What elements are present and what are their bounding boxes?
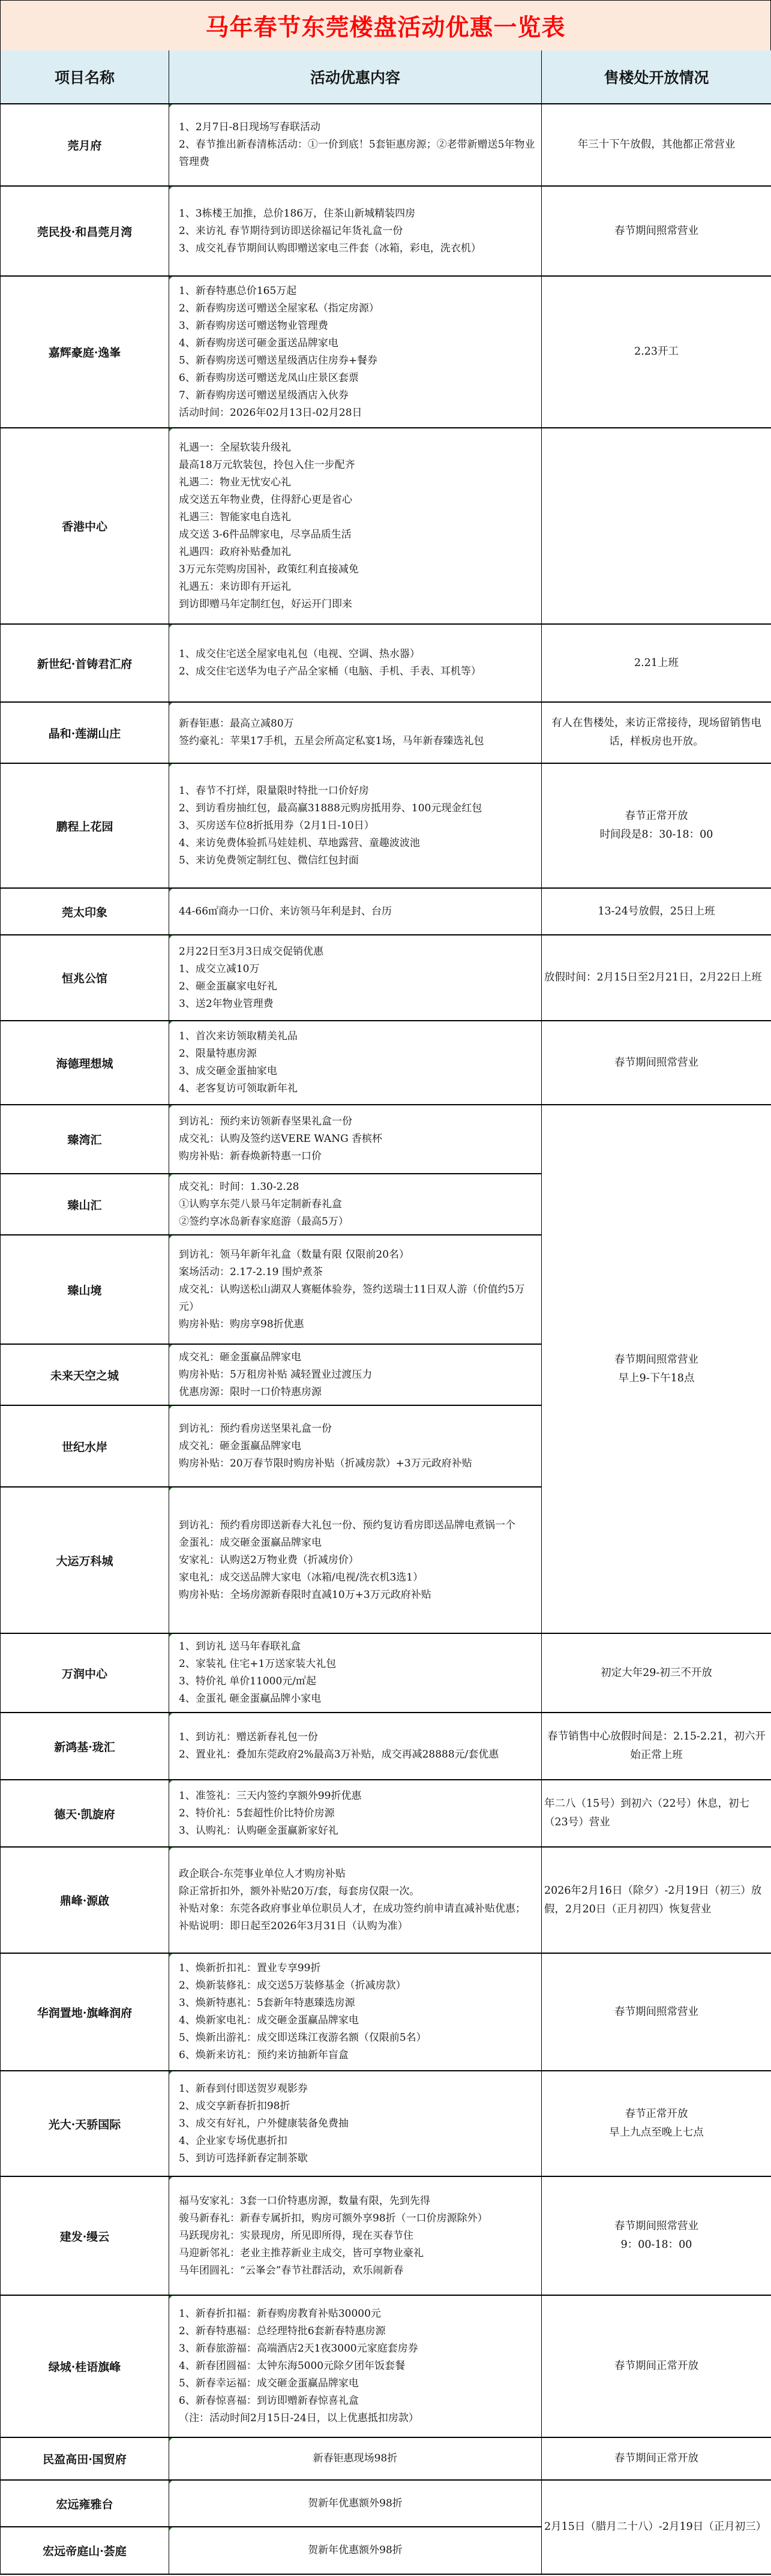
project-name: 宏远帝庭山·荟庭 (43, 2542, 127, 2559)
project-name: 绿城·桂语旗峰 (49, 2358, 121, 2374)
promo-line: 活动时间：2026年02月13日-02月28日 (179, 404, 362, 422)
promo-line: 3、买房送车位8折抵用券（2月1日-10日） (179, 817, 374, 835)
sales-office-status-cell: 年二八（15号）到初六（22号）休息，初七（23号）营业 (542, 1780, 771, 1848)
promo-line: 7、新春购房送可赠送星级酒店入伙券 (179, 387, 349, 404)
project-name-cell: 未来天空之城 (1, 1345, 169, 1406)
project-name: 新世纪·首铸君汇府 (37, 655, 133, 671)
comment-marker-icon (169, 1780, 172, 1783)
comment-marker-icon (169, 277, 172, 280)
promo-line: 5、新春购房送可赠送星级酒店住房券+餐券 (179, 352, 377, 370)
comment-marker-icon (169, 1713, 172, 1716)
promo-line: 1、到访礼 送马年春联礼盒 (179, 1638, 301, 1656)
header-project-name: 项目名称 (1, 50, 169, 104)
promo-line: ①认购享东莞八景马年定制新春礼盒 (179, 1196, 342, 1213)
promo-line: 金蛋礼：成交砸金蛋赢品牌家电 (179, 1534, 322, 1552)
project-name: 宏远雍雅台 (56, 2496, 113, 2512)
promo-line: 4、老客复访可领取新年礼 (179, 1080, 298, 1097)
promo-line: 贺新年优惠额外98折 (308, 2542, 403, 2559)
status-line: 初定大年29-初三不开放 (601, 1664, 712, 1683)
promo-line: 2、新春购房送可赠送全屋家私（指定房源） (179, 300, 379, 317)
sales-office-status-cell: 2026年2月16日（除夕）-2月19日（初三）放假，2月20日（正月初四）恢复… (542, 1848, 771, 1954)
comment-marker-icon (169, 2527, 172, 2530)
promo-line: 购房补贴：全场房源新春限时直减10万+3万元政府补贴 (179, 1587, 431, 1604)
promo-content-cell: 1、首次来访领取精美礼品2、限量特惠房源3、成交砸金蛋抽家电4、老客复访可领取新… (169, 1021, 542, 1105)
promo-content-cell: 新春钜惠现场98折 (169, 2438, 542, 2481)
project-name: 臻山汇 (67, 1196, 101, 1213)
sales-office-status-cell: 放假时间：2月15日至2月21日，2月22日上班 (542, 935, 771, 1021)
sales-office-status-cell: 2.23开工 (542, 277, 771, 428)
promo-line: 1、春节不打烊，限量限时特批一口价好房 (179, 782, 369, 800)
promo-line: 成交礼：时间：1.30-2.28 (179, 1178, 299, 1196)
promo-line: 3万元东莞购房国补，政策红利直接减免 (179, 561, 359, 578)
comment-marker-icon (169, 1174, 172, 1177)
project-name: 大运万科城 (56, 1552, 113, 1569)
project-name-cell: 莞月府 (1, 104, 169, 187)
comment-marker-icon (169, 935, 172, 938)
sales-office-status-cell: 春节期间照常营业 (542, 187, 771, 277)
promo-line: 3、认购礼：认购砸金蛋赢新家好礼 (179, 1822, 338, 1840)
promo-content-cell: 44-66㎡商办一口价、来访领马年利是封、台历 (169, 889, 542, 935)
project-name-cell: 鹏程上花园 (1, 764, 169, 889)
promo-content-cell: 贺新年优惠额外98折 (169, 2481, 542, 2527)
promo-line: 2、成交住宅送华为电子产品全家桶（电脑、手机、手表、耳机等） (179, 663, 481, 680)
project-name: 民盈高田·国贸府 (43, 2451, 127, 2467)
promo-line: 4、金蛋礼 砸金蛋赢品牌小家电 (179, 1690, 321, 1708)
status-line: 早上九点至晚上七点 (609, 2124, 704, 2142)
page-title: 马年春节东莞楼盘活动优惠一览表 (205, 9, 565, 43)
promo-line: 6、焕新来访礼：预约来访抽新年盲盒 (179, 2047, 349, 2064)
status-line: 春节销售中心放假时间是：2.15-2.21，初六开始正常上班 (545, 1728, 767, 1765)
promo-content-cell: 1、到访礼：赠送新春礼包一份2、置业礼：叠加东莞政府2%最高3万补贴，成交再减2… (169, 1713, 542, 1780)
promo-line: 1、2月7日-8日现场写春联活动 (179, 119, 320, 136)
comment-marker-icon (169, 104, 172, 107)
promo-line: 到访礼：预约来访领新春坚果礼盒一份 (179, 1113, 352, 1130)
project-name-cell: 建发·缦云 (1, 2177, 169, 2296)
promo-line: 4、新春团圆福：太钟东海5000元除夕团年饭套餐 (179, 2358, 405, 2375)
project-name: 莞太印象 (62, 904, 107, 920)
promo-line: 礼遇三：智能家电自选礼 (179, 509, 291, 526)
sales-office-status-cell: 春节正常开放早上九点至晚上七点 (542, 2071, 771, 2177)
promo-line: 骏马新春礼：新春专属折扣，购房可额外享98折（一口价房源除外） (179, 2210, 488, 2227)
sales-office-status-cell: 2月15日（腊月二十八）-2月19日（正月初三） (542, 2481, 771, 2575)
promo-line: 4、来访免费体验抓马娃娃机、草地露营、童趣波波池 (179, 835, 420, 852)
comment-marker-icon (169, 428, 172, 431)
status-line: 2.21上班 (634, 654, 679, 673)
promo-line: 3、成交礼春节期间认购即赠送家电三件套（冰箱，彩电，洗衣机） (179, 240, 481, 257)
promo-line: 礼遇一：全屋软装升级礼 (179, 439, 291, 457)
promo-line: 购房补贴：20万春节限时购房补贴（折减房款）+3万元政府补贴 (179, 1455, 472, 1473)
status-line: 年三十下午放假，其他都正常营业 (578, 136, 736, 154)
status-line: 春节期间照常营业 (614, 2003, 698, 2022)
promo-content-cell: 到访礼：预约看房即送新春大礼包一份、预约复访看房即送品牌电煮锅一个金蛋礼：成交砸… (169, 1488, 542, 1634)
comment-marker-icon (169, 764, 172, 767)
project-name: 恒兆公馆 (62, 970, 107, 986)
promo-line: 优惠房源：限时一口价特惠房源 (179, 1384, 322, 1401)
project-name-cell: 新世纪·首铸君汇府 (1, 625, 169, 703)
status-line: 春节期间照常营业 (614, 1054, 698, 1072)
project-name-cell: 莞民投·和昌莞月湾 (1, 187, 169, 277)
project-name-cell: 民盈高田·国贸府 (1, 2438, 169, 2481)
promo-line: 礼遇五：来访即有开运礼 (179, 578, 291, 596)
promo-line: 1、焕新折扣礼：置业专享99折 (179, 1960, 320, 1977)
promo-line: 成交送 3-6件品牌家电，尽享品质生活 (179, 526, 352, 544)
promo-line: 44-66㎡商办一口价、来访领马年利是封、台历 (179, 903, 392, 920)
promo-line: 购房补贴：新春焕新特惠一口价 (179, 1148, 322, 1165)
promo-line: 2月22日至3月3日成交促销优惠 (179, 943, 323, 961)
title-bar: 马年春节东莞楼盘活动优惠一览表 (0, 0, 771, 51)
promo-line: 2、成交享新春折扣98折 (179, 2098, 290, 2115)
project-name-cell: 宏远雍雅台 (1, 2481, 169, 2527)
project-name-cell: 新鸿基·珑汇 (1, 1713, 169, 1780)
comment-marker-icon (169, 2481, 172, 2484)
promo-line: 成交送五年物业费，住得舒心更是省心 (179, 491, 352, 509)
status-line: 2.23开工 (634, 343, 679, 361)
comment-marker-icon (169, 889, 172, 892)
promo-line: 成交礼：认购送松山湖双人赛艇体验券，签约送瑞士11日双人游（价值约5万元） (179, 1281, 538, 1316)
sales-office-status-cell: 春节正常开放时间段是8：30-18：00 (542, 764, 771, 889)
project-name-cell: 臻山汇 (1, 1174, 169, 1235)
sales-office-status-cell: 春节销售中心放假时间是：2.15-2.21，初六开始正常上班 (542, 1713, 771, 1780)
promo-line: 1、到访礼：赠送新春礼包一份 (179, 1729, 318, 1746)
comment-marker-icon (169, 2296, 172, 2299)
promo-line: 3、特价礼 单价11000元/㎡起 (179, 1673, 316, 1690)
project-name: 嘉辉豪庭·逸峯 (49, 344, 121, 360)
promo-line: 2、春节推出新春清栋活动：①一价到底！5套钜惠房源；②老带新赠送5年物业管理费 (179, 136, 538, 171)
comment-marker-icon (169, 1488, 172, 1491)
promo-line: 4、新春购房送可砸金蛋送品牌家电 (179, 335, 338, 352)
promo-line: 3、成交有好礼，户外健康装备免费抽 (179, 2115, 349, 2133)
project-name: 晶和·莲湖山庄 (49, 725, 121, 741)
sales-office-status-cell: 春节期间照常营业早上9-下午18点 (542, 1105, 771, 1634)
promo-line: 2、新春特惠福：总经理特批6套新春特惠房源 (179, 2323, 386, 2340)
promo-line: 1、成交住宅送全屋家电礼包（电视、空调、热水器） (179, 646, 420, 663)
status-line: 春节期间正常开放 (614, 2449, 698, 2468)
comment-marker-icon (169, 2438, 172, 2441)
project-name: 鹏程上花园 (56, 818, 113, 834)
promo-line: 到访礼：领马年新年礼盒（数量有限 仅限前20名） (179, 1246, 409, 1264)
sales-office-status-cell: 2.21上班 (542, 625, 771, 703)
status-line: 春节正常开放 (625, 807, 688, 826)
promo-line: 福马安家礼：3套一口价特惠房源，数量有限，先到先得 (179, 2193, 430, 2210)
project-name-cell: 香港中心 (1, 428, 169, 625)
promo-line: 1、准签礼：三天内签约享额外99折优惠 (179, 1788, 361, 1805)
project-name-cell: 光大·天骄国际 (1, 2071, 169, 2177)
sales-office-status-cell: 有人在售楼处，来访正常接待，现场留销售电话，样板房也开放。 (542, 703, 771, 764)
promo-content-cell: 1、春节不打烊，限量限时特批一口价好房2、到访看房抽红包，最高赢31888元购房… (169, 764, 542, 889)
project-name-cell: 臻山境 (1, 1235, 169, 1345)
promo-line: 3、新春购房送可赠送物业管理费 (179, 317, 328, 335)
project-name: 德天·凯旋府 (54, 1806, 115, 1822)
promo-content-cell: 1、成交住宅送全屋家电礼包（电视、空调、热水器）2、成交住宅送华为电子产品全家桶… (169, 625, 542, 703)
promo-content-cell: 1、到访礼 送马年春联礼盒2、家装礼 住宅+1万送家装大礼包3、特价礼 单价11… (169, 1634, 542, 1713)
status-line: 春节期间正常开放 (614, 2357, 698, 2376)
status-line: 2026年2月16日（除夕）-2月19日（初三）放假，2月20日（正月初四）恢复… (544, 1882, 769, 1919)
promo-content-cell: 到访礼：预约来访领新春坚果礼盒一份成交礼：认购及签约送VERE WANG 香槟杯… (169, 1105, 542, 1174)
project-name-cell: 大运万科城 (1, 1488, 169, 1634)
promo-line: 到访礼：预约看房即送新春大礼包一份、预约复访看房即送品牌电煮锅一个 (179, 1517, 515, 1534)
promo-content-cell: 1、准签礼：三天内签约享额外99折优惠2、特价礼：5套超性价比特价房源3、认购礼… (169, 1780, 542, 1848)
status-line: 春节期间照常营业 (614, 222, 698, 241)
promo-line: 到访即赠马年定制红包，好运开门即来 (179, 596, 352, 613)
promo-content-cell: 1、2月7日-8日现场写春联活动2、春节推出新春清栋活动：①一价到底！5套钜惠房… (169, 104, 542, 187)
promo-line: 2、砸金蛋赢家电好礼 (179, 978, 277, 995)
sales-office-status-cell: 初定大年29-初三不开放 (542, 1634, 771, 1713)
promo-line: 2、特价礼：5套超性价比特价房源 (179, 1805, 335, 1822)
promo-line: 安家礼：认购送2万物业费（折减房价） (179, 1552, 359, 1569)
promo-line: 贺新年优惠额外98折 (308, 2495, 403, 2512)
promo-content-cell: 贺新年优惠额外98折 (169, 2527, 542, 2575)
project-name-cell: 莞太印象 (1, 889, 169, 935)
project-name: 华润置地·旗峰润府 (37, 2004, 133, 2020)
header-promo-content: 活动优惠内容 (169, 50, 542, 104)
project-name-cell: 万润中心 (1, 1634, 169, 1713)
status-line: 时间段是8：30-18：00 (600, 826, 713, 844)
promo-line: 2、置业礼：叠加东莞政府2%最高3万补贴，成交再减28888元/套优惠 (179, 1746, 499, 1764)
status-line: 年二八（15号）到初六（22号）休息，初七（23号）营业 (544, 1795, 769, 1832)
promo-content-cell: 福马安家礼：3套一口价特惠房源，数量有限，先到先得骏马新春礼：新春专属折扣，购房… (169, 2177, 542, 2296)
sales-office-status-cell: 13-24号放假，25日上班 (542, 889, 771, 935)
promo-content-cell: 政企联合-东莞事业单位人才购房补贴除正常折扣外，额外补贴20万/套，每套房仅限一… (169, 1848, 542, 1954)
promo-content-cell: 到访礼：领马年新年礼盒（数量有限 仅限前20名）案场活动：2.17-2.19 围… (169, 1235, 542, 1345)
promo-line: 马年团圆礼：“云峯会”春节社群活动，欢乐闹新春 (179, 2262, 403, 2280)
promo-line: 最高18万元软装包，拎包入住一步配齐 (179, 457, 355, 474)
promo-content-cell: 到访礼：预约看房送坚果礼盒一份成交礼：砸金蛋赢品牌家电购房补贴：20万春节限时购… (169, 1406, 542, 1488)
comment-marker-icon (169, 1848, 172, 1851)
promo-line: 家电礼：成交送品牌大家电（冰箱/电视/洗衣机3选1） (179, 1569, 423, 1587)
promo-line: 4、焕新家电礼：成交砸金蛋赢品牌家电 (179, 2012, 359, 2029)
promo-line: 补贴对象：东莞各政府事业单位职员人才，在成功签约前申请直减补贴优惠； (179, 1900, 526, 1918)
sales-office-status-cell (542, 428, 771, 625)
promo-content-cell: 成交礼：砸金蛋赢品牌家电购房补贴：5万租房补贴 减轻置业过渡压力优惠房源：限时一… (169, 1345, 542, 1406)
status-line: 放假时间：2月15日至2月21日，2月22日上班 (544, 968, 762, 987)
promo-line: 礼遇四：政府补贴叠加礼 (179, 544, 291, 561)
promo-line: 成交礼：砸金蛋赢品牌家电 (179, 1438, 301, 1455)
header-sales-office-status: 售楼处开放情况 (542, 50, 771, 104)
promo-line: 5、到访可选择新春定制茶歇 (179, 2150, 308, 2167)
promo-line: 2、家装礼 住宅+1万送家装大礼包 (179, 1656, 336, 1673)
promo-line: 政企联合-东莞事业单位人才购房补贴 (179, 1866, 346, 1883)
promo-line: 礼遇二：物业无忧安心礼 (179, 474, 291, 491)
promo-line: 购房补贴：5万租房补贴 减轻置业过渡压力 (179, 1366, 372, 1384)
promo-line: 2、来访礼 春节期待到访即送徐福记年货礼盒一份 (179, 223, 403, 240)
promo-line: 1、新春折扣福：新春购房教育补贴30000元 (179, 2305, 381, 2323)
promo-line: ②签约享冰岛新春家庭游（最高5万） (179, 1213, 349, 1231)
project-name: 臻山境 (67, 1282, 101, 1298)
project-name: 新鸿基·珑汇 (54, 1738, 115, 1755)
project-name: 臻湾汇 (67, 1131, 101, 1147)
promo-line: 3、送2年物业管理费 (179, 995, 274, 1013)
sales-office-status-cell: 春节期间照常营业9：00-18：00 (542, 2177, 771, 2296)
promo-line: 新春钜惠：最高立减80万 (179, 715, 294, 733)
project-name-cell: 晶和·莲湖山庄 (1, 703, 169, 764)
comment-marker-icon (169, 1021, 172, 1024)
status-line: 春节正常开放 (625, 2105, 688, 2124)
status-line: 春节期间照常营业 (614, 2217, 698, 2236)
promo-line: 2、到访看房抽红包，最高赢31888元购房抵用券、100元现金红包 (179, 800, 482, 817)
project-name: 莞民投·和昌莞月湾 (37, 223, 133, 239)
promo-line: 1、3栋楼王加推，总价186万，住茶山新城精装四房 (179, 205, 415, 223)
comment-marker-icon (169, 2071, 172, 2074)
promo-line: 1、新春特惠总价165万起 (179, 283, 296, 300)
promo-line: 成交礼：认购及签约送VERE WANG 香槟杯 (179, 1130, 382, 1148)
project-name: 未来天空之城 (50, 1367, 119, 1383)
promo-content-cell: 1、新春折扣福：新春购房教育补贴30000元2、新春特惠福：总经理特批6套新春特… (169, 2296, 542, 2438)
project-name: 莞月府 (67, 137, 101, 153)
promo-content-cell: 1、新春特惠总价165万起2、新春购房送可赠送全屋家私（指定房源）3、新春购房送… (169, 277, 542, 428)
project-name: 建发·缦云 (60, 2228, 110, 2244)
promo-line: 5、来访免费领定制红包、微信红包封面 (179, 852, 359, 869)
comment-marker-icon (169, 703, 172, 706)
comment-marker-icon (169, 1954, 172, 1957)
project-name-cell: 宏远帝庭山·荟庭 (1, 2527, 169, 2575)
sales-office-status-cell: 春节期间正常开放 (542, 2296, 771, 2438)
promo-content-cell: 成交礼：时间：1.30-2.28①认购享东莞八景马年定制新春礼盒②签约享冰岛新春… (169, 1174, 542, 1235)
promo-line: 案场活动：2.17-2.19 围炉煮茶 (179, 1264, 323, 1281)
project-name-cell: 德天·凯旋府 (1, 1780, 169, 1848)
promo-content-cell: 1、新春到付即送贺岁观影券2、成交享新春折扣98折3、成交有好礼，户外健康装备免… (169, 2071, 542, 2177)
project-name: 海德理想城 (56, 1055, 113, 1071)
comment-marker-icon (169, 187, 172, 190)
promo-line: 马迎新邻礼：老业主推荐新业主成交，皆可享物业豪礼 (179, 2245, 424, 2262)
promo-line: 马跃现房礼：实景现房，所见即所得，现在买春节住 (179, 2227, 413, 2245)
promo-line: 3、成交砸金蛋抽家电 (179, 1063, 277, 1080)
status-line: 2月15日（腊月二十八）-2月19日（正月初三） (544, 2518, 766, 2536)
comment-marker-icon (169, 1406, 172, 1409)
promo-content-cell: 礼遇一：全屋软装升级礼最高18万元软装包，拎包入住一步配齐礼遇二：物业无忧安心礼… (169, 428, 542, 625)
promo-content-cell: 1、3栋楼王加推，总价186万，住茶山新城精装四房2、来访礼 春节期待到访即送徐… (169, 187, 542, 277)
promo-line: 除正常折扣外，额外补贴20万/套，每套房仅限一次。 (179, 1883, 419, 1900)
project-name-cell: 嘉辉豪庭·逸峯 (1, 277, 169, 428)
project-name-cell: 海德理想城 (1, 1021, 169, 1105)
comment-marker-icon (169, 2177, 172, 2180)
project-name-cell: 鼎峰·源啟 (1, 1848, 169, 1954)
project-name-cell: 恒兆公馆 (1, 935, 169, 1021)
status-line: 春节期间照常营业 (614, 1351, 698, 1369)
project-name: 香港中心 (62, 518, 107, 534)
promo-line: 2、焕新装修礼：成交送5万装修基金（折减房款） (179, 1977, 406, 1995)
comment-marker-icon (169, 1235, 172, 1238)
status-line: 有人在售楼处，来访正常接待，现场留销售电话，样板房也开放。 (545, 714, 767, 751)
promo-line: 5、新春幸运福：成交砸金蛋赢品牌家电 (179, 2375, 359, 2392)
project-name-cell: 绿城·桂语旗峰 (1, 2296, 169, 2438)
promo-line: 5、焕新出游礼：成交即送珠江夜游名额（仅限前5名） (179, 2029, 427, 2047)
comment-marker-icon (169, 1105, 172, 1108)
promo-line: 1、成交立减10万 (179, 961, 259, 978)
promo-line: 6、新春购房送可赠送龙凤山庄景区套票 (179, 370, 359, 387)
comment-marker-icon (169, 625, 172, 628)
status-line: 13-24号放假，25日上班 (598, 902, 715, 921)
sales-office-status-cell: 年三十下午放假，其他都正常营业 (542, 104, 771, 187)
promo-content-cell: 2月22日至3月3日成交促销优惠1、成交立减10万2、砸金蛋赢家电好礼3、送2年… (169, 935, 542, 1021)
promo-line: 签约豪礼：苹果17手机，五星会所高定私宴1场，马年新春臻选礼包 (179, 733, 484, 750)
project-name: 世纪水岸 (62, 1438, 107, 1455)
project-name: 鼎峰·源啟 (60, 1892, 110, 1908)
promo-line: 1、新春到付即送贺岁观影券 (179, 2080, 308, 2098)
comment-marker-icon (169, 1634, 172, 1637)
status-line: 9：00-18：00 (621, 2236, 692, 2254)
promo-line: 补贴说明：即日起至2026年3月31日（认购为准） (179, 1918, 408, 1935)
sales-office-status-cell: 春节期间照常营业 (542, 1954, 771, 2071)
project-name: 光大·天骄国际 (49, 2116, 121, 2132)
promo-line: （注：活动时间2月15日-24日，以上优惠抵扣房款） (179, 2410, 419, 2427)
promo-line: 到访礼：预约看房送坚果礼盒一份 (179, 1420, 332, 1438)
promo-line: 3、焕新特惠礼：5套新年特惠臻选房源 (179, 1995, 355, 2012)
promo-line: 成交礼：砸金蛋赢品牌家电 (179, 1349, 301, 1366)
project-name-cell: 华润置地·旗峰润府 (1, 1954, 169, 2071)
promo-table: 项目名称 活动优惠内容 售楼处开放情况 莞月府1、2月7日-8日现场写春联活动2… (0, 50, 771, 2575)
sales-office-status-cell: 春节期间正常开放 (542, 2438, 771, 2481)
promo-line: 4、企业家专场优惠折扣 (179, 2133, 287, 2150)
comment-marker-icon (169, 1345, 172, 1348)
promo-content-cell: 1、焕新折扣礼：置业专享99折2、焕新装修礼：成交送5万装修基金（折减房款）3、… (169, 1954, 542, 2071)
project-name-cell: 臻湾汇 (1, 1105, 169, 1174)
promo-line: 1、首次来访领取精美礼品 (179, 1028, 298, 1045)
project-name: 万润中心 (62, 1665, 107, 1681)
sales-office-status-cell: 春节期间照常营业 (542, 1021, 771, 1105)
promo-line: 购房补贴：购房享98折优惠 (179, 1316, 304, 1333)
promo-line: 3、新春旅游福：高端酒店2天1夜3000元家庭套房券 (179, 2340, 418, 2358)
promo-line: 新春钜惠现场98折 (313, 2450, 398, 2467)
promo-line: 6、新春惊喜福：到访即赠新春惊喜礼盒 (179, 2392, 359, 2410)
status-line: 早上9-下午18点 (619, 1369, 695, 1388)
promo-content-cell: 新春钜惠：最高立减80万签约豪礼：苹果17手机，五星会所高定私宴1场，马年新春臻… (169, 703, 542, 764)
project-name-cell: 世纪水岸 (1, 1406, 169, 1488)
promo-line: 2、限量特惠房源 (179, 1045, 257, 1063)
